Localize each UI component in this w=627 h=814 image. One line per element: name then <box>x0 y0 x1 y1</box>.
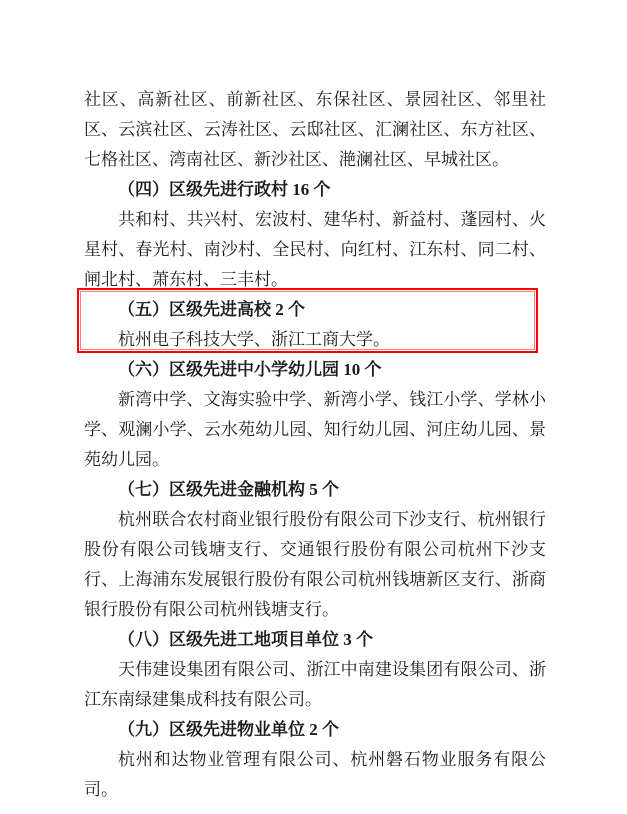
section-body-advanced-financial-institutions: 杭州联合农村商业银行股份有限公司下沙支行、杭州银行股份有限公司钱塘支行、交通银行… <box>84 505 546 625</box>
document-body: 社区、高新社区、前新社区、东保社区、景园社区、邻里社区、云滨社区、云涛社区、云邸… <box>84 85 546 805</box>
section-body-advanced-construction-units: 天伟建设集团有限公司、浙江中南建设集团有限公司、浙江东南绿建集成科技有限公司。 <box>84 655 546 715</box>
section-heading-advanced-property-units: （九）区级先进物业单位 2 个 <box>84 715 546 745</box>
section-heading-advanced-construction-units: （八）区级先进工地项目单位 3 个 <box>84 625 546 655</box>
section-body-advanced-schools-kindergartens: 新湾中学、文海实验中学、新湾小学、钱江小学、学林小学、观澜小学、云水苑幼儿园、知… <box>84 385 546 475</box>
section-body-advanced-villages: 共和村、共兴村、宏波村、建华村、新益村、蓬园村、火星村、春光村、南沙村、全民村、… <box>84 205 546 295</box>
section-heading-advanced-schools-kindergartens: （六）区级先进中小学幼儿园 10 个 <box>84 355 546 385</box>
section-heading-advanced-financial-institutions: （七）区级先进金融机构 5 个 <box>84 475 546 505</box>
section-body-advanced-property-units: 杭州和达物业管理有限公司、杭州磐石物业服务有限公司。 <box>84 745 546 805</box>
section-heading-advanced-universities: （五）区级先进高校 2 个 <box>84 295 546 325</box>
section-heading-advanced-villages: （四）区级先进行政村 16 个 <box>84 175 546 205</box>
paragraph-community-list-continuation: 社区、高新社区、前新社区、东保社区、景园社区、邻里社区、云滨社区、云涛社区、云邸… <box>84 85 546 175</box>
document-page: 社区、高新社区、前新社区、东保社区、景园社区、邻里社区、云滨社区、云涛社区、云邸… <box>0 0 627 814</box>
section-body-advanced-universities: 杭州电子科技大学、浙江工商大学。 <box>84 325 546 355</box>
